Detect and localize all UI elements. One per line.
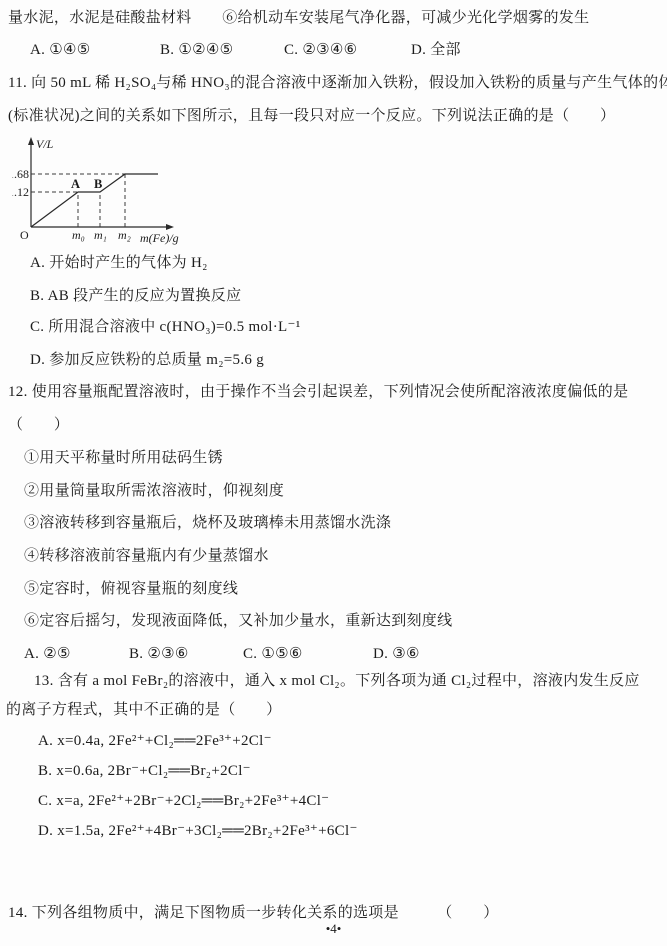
q11-option-b: B. AB 段产生的反应为置换反应 — [30, 286, 241, 307]
graph-x-axis-label: m(Fe)/g — [140, 231, 179, 245]
intro-option-a: A. ①④⑤ — [30, 40, 90, 61]
graph-tick-m0: m₀ — [72, 228, 85, 242]
graph-point-b-label: B — [94, 177, 102, 191]
page-number: •4• — [326, 921, 342, 937]
q13-option-a: A. x=0.4a, 2Fe²⁺+Cl₂══2Fe³⁺+2Cl⁻ — [38, 731, 272, 752]
graph-point-a-label: A — [71, 177, 80, 191]
graph-y-axis-label: V/L — [36, 137, 54, 151]
graph-tick-168: 1.68 — [12, 167, 29, 181]
q13-option-c: C. x=a, 2Fe²⁺+2Br⁻+2Cl₂══Br₂+2Fe³⁺+4Cl⁻ — [38, 791, 329, 812]
q13-stem-line-1: 13. 含有 a mol FeBr₂的溶液中，通入 x mol Cl₂。下列各项… — [34, 671, 640, 692]
q12-stem-line-1: 12. 使用容量瓶配置溶液时，由于操作不当会引起误差，下列情况会使所配溶液浓度偏… — [8, 382, 628, 403]
graph-tick-m2: m₂ — [118, 228, 131, 242]
graph-tick-m1: m₁ — [94, 228, 107, 242]
intro-tail-line: 量水泥，水泥是硅酸盐材料 ⑥给机动车安装尾气净化器，可减少光化学烟雾的发生 — [8, 8, 589, 29]
q11-stem-line-1: 11. 向 50 mL 稀 H₂SO₄与稀 HNO₃的混合溶液中逐渐加入铁粉，假… — [8, 73, 667, 94]
graph-origin-label: O — [20, 228, 29, 242]
q12-item-5: ⑤定容时，俯视容量瓶的刻度线 — [24, 579, 238, 600]
q13-option-d: D. x=1.5a, 2Fe²⁺+4Br⁻+3Cl₂══2Br₂+2Fe³⁺+6… — [38, 821, 358, 842]
q12-option-c: C. ①⑤⑥ — [243, 644, 303, 665]
graph-x-axis-arrow — [166, 224, 174, 230]
q12-item-2: ②用量筒量取所需浓溶液时，仰视刻度 — [24, 481, 284, 502]
q14-stem-line: 14. 下列各组物质中，满足下图物质一步转化关系的选项是 （ ） — [8, 903, 499, 924]
intro-option-c: C. ②③④⑥ — [284, 40, 357, 61]
q12-stem-line-2: （ ） — [8, 415, 69, 436]
q11-option-a: A. 开始时产生的气体为 H₂ — [30, 253, 208, 274]
q11-graph: V/L 1.68 1.12 O A B m₀ m₁ m₂ m(Fe)/g — [12, 136, 197, 246]
q12-option-a: A. ②⑤ — [24, 644, 71, 665]
intro-option-d: D. 全部 — [411, 40, 461, 61]
q12-option-d: D. ③⑥ — [373, 644, 420, 665]
q12-item-1: ①用天平称量时所用砝码生锈 — [24, 448, 223, 469]
q13-option-b: B. x=0.6a, 2Br⁻+Cl₂══Br₂+2Cl⁻ — [38, 761, 251, 782]
intro-option-b: B. ①②④⑤ — [160, 40, 233, 61]
exam-page: 量水泥，水泥是硅酸盐材料 ⑥给机动车安装尾气净化器，可减少光化学烟雾的发生 A.… — [0, 0, 667, 946]
q11-stem-line-2: (标准状况)之间的关系如下图所示，且每一段只对应一个反应。下列说法正确的是（ ） — [8, 106, 615, 127]
q12-item-3: ③溶液转移到容量瓶后，烧杯及玻璃棒未用蒸馏水洗涤 — [24, 513, 391, 534]
q13-stem-line-2: 的离子方程式，其中不正确的是（ ） — [6, 700, 281, 721]
q12-item-4: ④转移溶液前容量瓶内有少量蒸馏水 — [24, 546, 269, 567]
graph-y-axis-arrow — [28, 137, 34, 145]
q12-item-6: ⑥定容后摇匀，发现液面降低，又补加少量水，重新达到刻度线 — [24, 611, 452, 632]
q12-option-b: B. ②③⑥ — [129, 644, 189, 665]
q11-option-d: D. 参加反应铁粉的总质量 m₂=5.6 g — [30, 350, 264, 371]
q11-option-c: C. 所用混合溶液中 c(HNO₃)=0.5 mol·L⁻¹ — [30, 317, 301, 338]
graph-tick-112: 1.12 — [12, 185, 29, 199]
